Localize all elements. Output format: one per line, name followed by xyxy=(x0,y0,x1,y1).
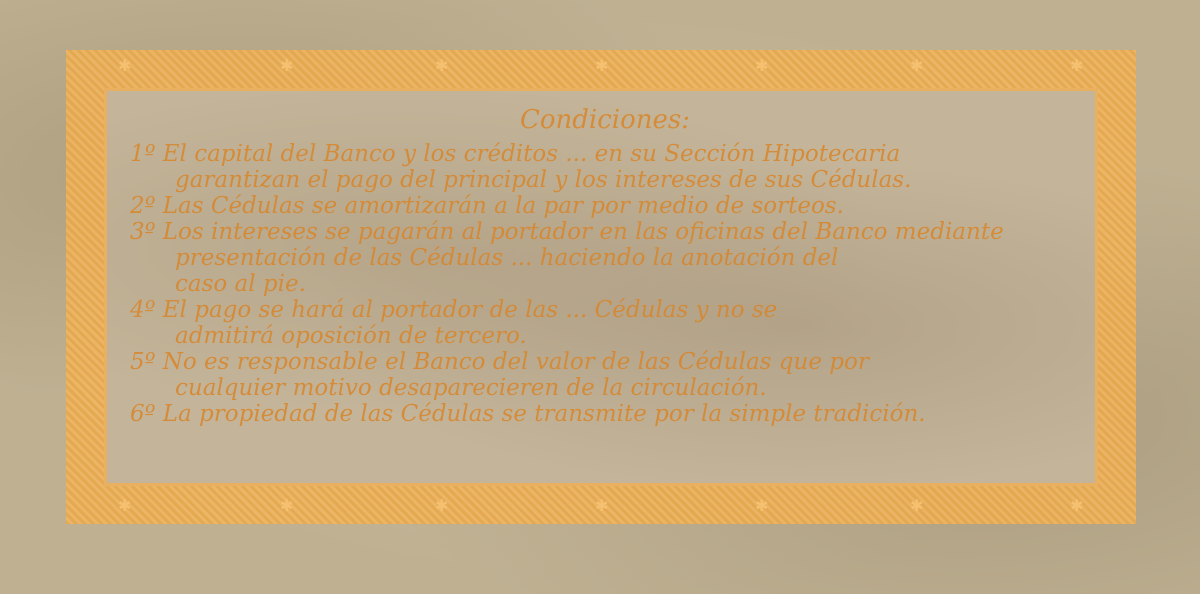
condition-line: 6º La propiedad de las Cédulas se transm… xyxy=(130,401,1080,427)
condition-line: cualquier motivo desaparecieren de la ci… xyxy=(130,375,1080,401)
star-ornament-icon: ✱ xyxy=(1070,496,1083,515)
condition-item: 1º El capital del Banco y los créditos .… xyxy=(130,141,1080,193)
conditions-title: Condiciones: xyxy=(130,105,1080,135)
condition-line: caso al pie. xyxy=(130,271,1080,297)
star-ornament-icon: ✱ xyxy=(280,56,293,75)
condition-item: 5º No es responsable el Banco del valor … xyxy=(130,349,1080,401)
star-ornament-icon: ✱ xyxy=(595,496,608,515)
star-ornament-icon: ✱ xyxy=(280,496,293,515)
star-ornament-icon: ✱ xyxy=(435,56,448,75)
conditions-text: Condiciones: 1º El capital del Banco y l… xyxy=(130,105,1080,427)
condition-line: garantizan el pago del principal y los i… xyxy=(130,167,1080,193)
star-ornament-icon: ✱ xyxy=(910,56,923,75)
condition-line: 3º Los intereses se pagarán al portador … xyxy=(130,219,1080,245)
condition-line: 4º El pago se hará al portador de las ..… xyxy=(130,297,1080,323)
condition-line: admitirá oposición de tercero. xyxy=(130,323,1080,349)
condition-line: 5º No es responsable el Banco del valor … xyxy=(130,349,1080,375)
star-ornament-icon: ✱ xyxy=(1070,56,1083,75)
condition-line: presentación de las Cédulas ... haciendo… xyxy=(130,245,1080,271)
star-ornament-icon: ✱ xyxy=(755,56,768,75)
condition-item: 3º Los intereses se pagarán al portador … xyxy=(130,219,1080,297)
star-ornament-icon: ✱ xyxy=(910,496,923,515)
star-ornament-icon: ✱ xyxy=(595,56,608,75)
condition-line: 1º El capital del Banco y los créditos .… xyxy=(130,141,1080,167)
banknote-back: ✱ ✱ ✱ ✱ ✱ ✱ ✱ ✱ ✱ ✱ ✱ ✱ ✱ ✱ Condiciones:… xyxy=(0,0,1200,594)
star-ornament-icon: ✱ xyxy=(118,56,131,75)
star-ornament-icon: ✱ xyxy=(755,496,768,515)
condition-item: 2º Las Cédulas se amortizarán a la par p… xyxy=(130,193,1080,219)
condition-line: 2º Las Cédulas se amortizarán a la par p… xyxy=(130,193,1080,219)
star-ornament-icon: ✱ xyxy=(118,496,131,515)
star-ornament-icon: ✱ xyxy=(435,496,448,515)
condition-item: 6º La propiedad de las Cédulas se transm… xyxy=(130,401,1080,427)
condition-item: 4º El pago se hará al portador de las ..… xyxy=(130,297,1080,349)
